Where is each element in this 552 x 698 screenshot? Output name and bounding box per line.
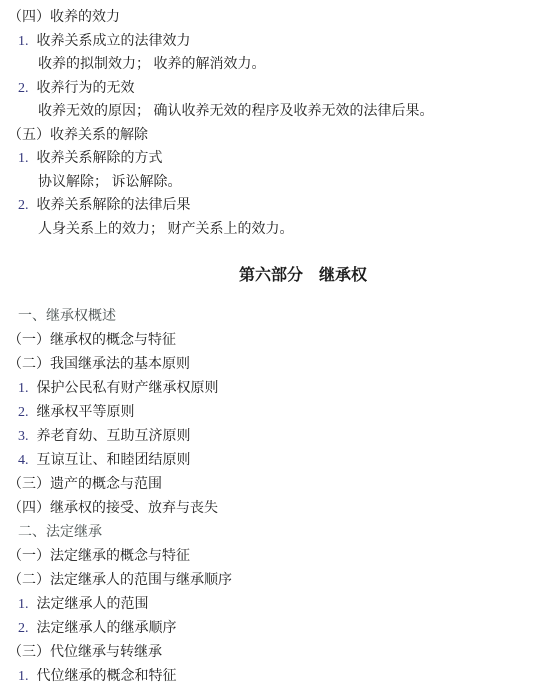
list-number: 1. — [18, 147, 29, 171]
outline-item: 2.法定继承人的继承顺序 — [0, 617, 552, 641]
list-number: 2. — [18, 194, 29, 218]
outline-item-text: 互谅互让、和睦团结原则 — [37, 453, 191, 468]
list-number: 1. — [18, 377, 29, 401]
outline-item: 2.收养关系解除的法律后果 — [0, 194, 552, 218]
outline-heading: （三）代位继承与转继承 — [0, 641, 552, 665]
outline-item: 1.保护公民私有财产继承权原则 — [0, 377, 552, 401]
outline-item: 4.互谅互让、和睦团结原则 — [0, 449, 552, 473]
outline-item-text: 法定继承人的范围 — [37, 597, 149, 612]
outline-item: 1.收养关系解除的方式 — [0, 147, 552, 171]
list-number: 4. — [18, 449, 29, 473]
outline-item-text: 继承权平等原则 — [37, 405, 135, 420]
document-page: （四）收养的效力 1.收养关系成立的法律效力 收养的拟制效力； 收养的解消效力。… — [0, 0, 552, 698]
outline-heading: （四）继承权的接受、放弃与丧失 — [0, 497, 552, 521]
section-heading: 一、继承权概述 — [0, 305, 552, 329]
outline-block-part6: 一、继承权概述 （一）继承权的概念与特征 （二）我国继承法的基本原则 1.保护公… — [0, 305, 552, 689]
outline-detail: 协议解除； 诉讼解除。 — [0, 171, 552, 195]
outline-item: 2.收养行为的无效 — [0, 77, 552, 101]
outline-detail: 人身关系上的效力； 财产关系上的效力。 — [0, 218, 552, 242]
outline-item: 3.养老育幼、互助互济原则 — [0, 425, 552, 449]
outline-heading: （四）收养的效力 — [0, 6, 552, 30]
outline-item-text: 收养关系解除的方式 — [37, 151, 163, 166]
outline-detail: 收养的拟制效力； 收养的解消效力。 — [0, 53, 552, 77]
outline-item-text: 代位继承的概念和特征 — [37, 669, 177, 684]
outline-block-part5: （四）收养的效力 1.收养关系成立的法律效力 收养的拟制效力； 收养的解消效力。… — [0, 6, 552, 241]
part-title: 第六部分 继承权 — [27, 263, 552, 289]
outline-item-text: 保护公民私有财产继承权原则 — [37, 381, 219, 396]
list-number: 1. — [18, 665, 29, 689]
outline-item-text: 收养行为的无效 — [37, 81, 135, 96]
outline-item: 1.收养关系成立的法律效力 — [0, 30, 552, 54]
outline-item-text: 养老育幼、互助互济原则 — [37, 429, 191, 444]
outline-item: 1.法定继承人的范围 — [0, 593, 552, 617]
outline-detail: 收养无效的原因； 确认收养无效的程序及收养无效的法律后果。 — [0, 100, 552, 124]
list-number: 1. — [18, 593, 29, 617]
list-number: 2. — [18, 617, 29, 641]
section-heading: 二、法定继承 — [0, 521, 552, 545]
outline-heading: （二）法定继承人的范围与继承顺序 — [0, 569, 552, 593]
list-number: 2. — [18, 401, 29, 425]
list-number: 1. — [18, 30, 29, 54]
outline-item-text: 收养关系解除的法律后果 — [37, 198, 191, 213]
outline-heading: （一）继承权的概念与特征 — [0, 329, 552, 353]
outline-item: 2.继承权平等原则 — [0, 401, 552, 425]
outline-heading: （三）遗产的概念与范围 — [0, 473, 552, 497]
list-number: 3. — [18, 425, 29, 449]
outline-heading: （一）法定继承的概念与特征 — [0, 545, 552, 569]
outline-heading: （五）收养关系的解除 — [0, 124, 552, 148]
list-number: 2. — [18, 77, 29, 101]
outline-item-text: 收养关系成立的法律效力 — [37, 34, 191, 49]
outline-item: 1.代位继承的概念和特征 — [0, 665, 552, 689]
outline-item-text: 法定继承人的继承顺序 — [37, 621, 177, 636]
outline-heading: （二）我国继承法的基本原则 — [0, 353, 552, 377]
